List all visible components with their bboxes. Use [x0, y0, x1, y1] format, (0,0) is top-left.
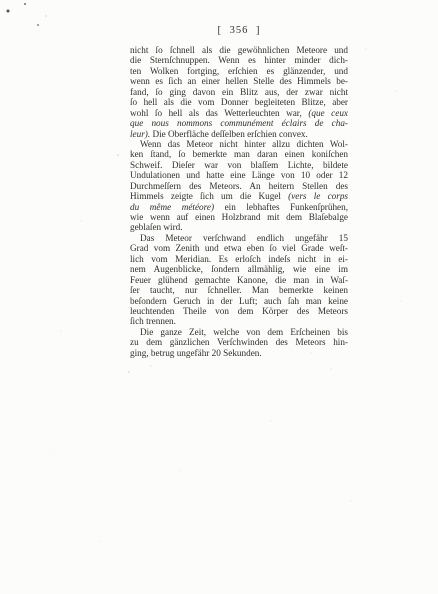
text-line: Himmels zeigte ſich um die Kugel (vers l…	[130, 191, 348, 201]
text-line: Grad vom Zenith und etwa eben ſo viel Gr…	[130, 243, 348, 253]
text-run: ein lebhaftes Funkenſprühen,	[214, 202, 348, 212]
text-line: wenn es ſich an einer hellen Stelle des …	[130, 76, 348, 86]
text-run: wohl ſo hell als das Wetterleuchten war,	[130, 108, 308, 118]
text-run: Durchmeſſern des Meteors. An heitern Ste…	[130, 181, 348, 191]
text-line: ſo hell als die vom Donner begleiteten B…	[130, 97, 348, 107]
text-run: Die Oberfläche deſſelben erſchien convex…	[150, 129, 308, 139]
text-line: ſer taucht, nur ſchneller. Man bemerkte …	[130, 285, 348, 295]
text-run: Das Meteor verſchwand endlich ungefähr 1…	[140, 233, 348, 243]
text-line: Schweif. Dieſer war von blaſſem Lichte, …	[130, 160, 348, 170]
text-run: ſo hell als die vom Donner begleiteten B…	[130, 97, 348, 107]
text-run: geblaſen wird.	[130, 222, 183, 232]
text-run: Feuer glühend gemachte Kanone, die man i…	[130, 275, 348, 285]
page-number: [ 356 ]	[218, 25, 261, 36]
text-line: die Sternſchnuppen. Wenn es hinter minde…	[130, 55, 348, 65]
text-run: Himmels zeigte ſich um die Kugel	[130, 191, 288, 201]
text-line: ging, betrug ungefähr 20 Sekunden.	[130, 348, 348, 358]
text-line: ken ſtand, ſo bemerkte man daran einen k…	[130, 149, 348, 159]
text-line: Die ganze Zeit, welche von dem Erſcheine…	[130, 327, 348, 337]
text-line: lich vom Meridian. Es erloſch indeſs nic…	[130, 254, 348, 264]
text-run: zu dem gänzlichen Verſchwinden des Meteo…	[130, 337, 348, 347]
text-line: Durchmeſſern des Meteors. An heitern Ste…	[130, 181, 348, 191]
text-line: Wenn das Meteor nicht hinter allzu dicht…	[130, 139, 348, 149]
text-line: nicht ſo ſchnell als die gewöhnlichen Me…	[130, 45, 348, 55]
text-run: Grad vom Zenith und etwa eben ſo viel Gr…	[130, 243, 348, 253]
text-run: ſer taucht, nur ſchneller. Man bemerkte …	[130, 285, 348, 295]
text-run: wenn es ſich an einer hellen Stelle des …	[130, 76, 348, 86]
text-line: Das Meteor verſchwand endlich ungefähr 1…	[130, 233, 348, 243]
text-run: Schweif. Dieſer war von blaſſem Lichte, …	[130, 160, 348, 170]
french-italic-run: (vers le corps	[288, 191, 348, 201]
text-run: leuchtenden Theile von dem Körper des Me…	[130, 306, 348, 316]
text-run: beſondern Geruch in der Luft; auch ſah m…	[130, 296, 348, 306]
text-run: die Sternſchnuppen. Wenn es hinter minde…	[130, 55, 348, 65]
text-line: fand, ſo ging davon ein Blitz aus, der z…	[130, 87, 348, 97]
text-line: ſich trennen.	[130, 316, 348, 326]
text-run: ten Wolken fortging, erſchien es glänzen…	[130, 66, 348, 76]
text-run: ging, betrug ungefähr 20 Sekunden.	[130, 348, 262, 358]
french-italic-run: leur).	[130, 129, 150, 139]
text-run: Undulationen und hatte eine Länge von 10…	[130, 170, 348, 180]
text-line: Undulationen und hatte eine Länge von 10…	[130, 170, 348, 180]
text-run: Wenn das Meteor nicht hinter allzu dicht…	[140, 139, 348, 149]
text-run: nem Augenblicke, ſondern allmählig, wie …	[130, 264, 348, 274]
text-line: wohl ſo hell als das Wetterleuchten war,…	[130, 108, 348, 118]
text-line: leuchtenden Theile von dem Körper des Me…	[130, 306, 348, 316]
text-line: beſondern Geruch in der Luft; auch ſah m…	[130, 296, 348, 306]
text-run: ſich trennen.	[130, 316, 176, 326]
text-line: du même météore) ein lebhaftes Funkenſpr…	[130, 202, 348, 212]
text-line: leur). Die Oberfläche deſſelben erſchien…	[130, 129, 348, 139]
french-italic-run: que nous nommons communément éclairs de …	[130, 118, 348, 128]
text-line: nem Augenblicke, ſondern allmählig, wie …	[130, 264, 348, 274]
text-run: Die ganze Zeit, welche von dem Erſcheine…	[140, 327, 348, 337]
scan-specks	[0, 0, 2, 2]
french-italic-run: du même météore)	[130, 202, 214, 212]
text-line: que nous nommons communément éclairs de …	[130, 118, 348, 128]
text-run: lich vom Meridian. Es erloſch indeſs nic…	[130, 254, 348, 264]
text-run: fand, ſo ging davon ein Blitz aus, der z…	[130, 87, 348, 97]
text-line: geblaſen wird.	[130, 222, 348, 232]
text-line: ten Wolken fortging, erſchien es glänzen…	[130, 66, 348, 76]
page-header: [ 356 ]	[130, 25, 348, 36]
french-italic-run: (que ceux	[308, 108, 348, 118]
text-run: ken ſtand, ſo bemerkte man daran einen k…	[130, 149, 348, 159]
text-run: nicht ſo ſchnell als die gewöhnlichen Me…	[130, 45, 348, 55]
scanned-book-page: [ 356 ] nicht ſo ſchnell als die gewöhnl…	[0, 0, 438, 594]
text-run: wie wenn auf einen Holzbrand mit dem Bla…	[130, 212, 348, 222]
text-line: zu dem gänzlichen Verſchwinden des Meteo…	[130, 337, 348, 347]
page-body-text: nicht ſo ſchnell als die gewöhnlichen Me…	[130, 45, 348, 358]
text-line: wie wenn auf einen Holzbrand mit dem Bla…	[130, 212, 348, 222]
text-line: Feuer glühend gemachte Kanone, die man i…	[130, 275, 348, 285]
